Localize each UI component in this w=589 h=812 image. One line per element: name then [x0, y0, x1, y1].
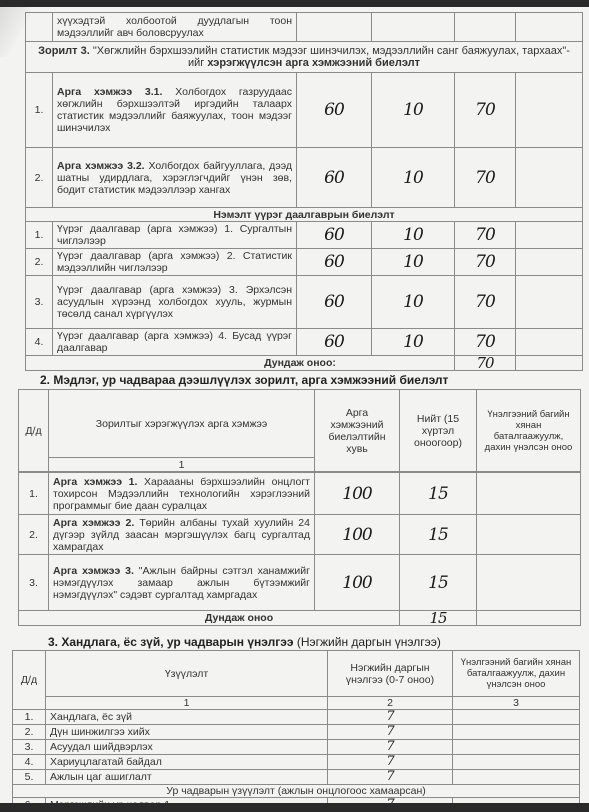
goal3-suffix: хэрэгжүүлсэн арга хэмжээний биелэлт	[207, 57, 420, 69]
average-row: Дундаж оноо 15	[19, 611, 581, 626]
cell-d	[516, 13, 583, 42]
col-header-manager: Нэгжийн даргын үнэлгээ (0-7 оноо)	[328, 651, 453, 697]
header-row: Д/д Үзүүлэлт Нэгжийн даргын үнэлгээ (0-7…	[13, 651, 580, 697]
measure-title: Арга хэмжээ 3.2.	[57, 160, 145, 172]
row-index: 5.	[13, 770, 46, 785]
total-value: 15	[400, 555, 477, 611]
percent-value: 100	[315, 555, 400, 611]
table-row: 2. Үүрэг даалгавар (арга хэмжээ) 2. Стат…	[26, 249, 583, 276]
total-value: 15	[400, 473, 477, 515]
document-page: хүүхэдтэй холбоотой дуудлагын тоон мэдээ…	[0, 7, 589, 803]
goal-header-row: Зорилт 3. "Хөгжлийн бэрхшээлийн статисти…	[26, 42, 583, 73]
score-c: 70	[455, 249, 516, 276]
col-number: 3	[453, 697, 580, 710]
row-text: Арга хэмжээ 3. "Ажлын байрны сэтгэл хана…	[49, 555, 315, 611]
table-row: 4. Хариуцлагатай байдал 7	[13, 755, 580, 770]
attitude-table: Д/д Үзүүлэлт Нэгжийн даргын үнэлгээ (0-7…	[12, 650, 580, 803]
reeval-value	[453, 755, 580, 770]
table-row: хүүхэдтэй холбоотой дуудлагын тоон мэдээ…	[26, 13, 583, 42]
row-text: Хандлага, ёс зүй	[46, 710, 328, 725]
col-header-reeval: Үнэлгээний багийн хянан баталгаажуулж, д…	[477, 390, 581, 472]
section3-title-bold: 3. Хандлага, ёс зүй, ур чадварын үнэлгээ	[48, 635, 294, 649]
table-row: 1. Арга хэмжээ 3.1. Холбогдох газруудаас…	[26, 73, 583, 148]
reeval-value	[477, 473, 581, 515]
row-index: 2.	[19, 515, 49, 555]
row-text: Арга хэмжээ 3.2. Холбогдох байгууллага, …	[53, 148, 297, 208]
table-row: 5. Ажлын цаг ашиглалт 7	[13, 770, 580, 785]
score-c: 70	[455, 73, 516, 148]
col-header-measure: Зорилтыг хэрэгжүүлэх арга хэмжээ	[49, 390, 315, 458]
row-text: Арга хэмжээ 2. Төрийн албаны тухай хуули…	[49, 515, 315, 555]
reeval-value	[477, 555, 581, 611]
score-c: 70	[455, 329, 516, 356]
score-value: 7	[328, 725, 453, 740]
table-row: 2. Дүн шинжилгээ хийх 7	[13, 725, 580, 740]
section3-title: 3. Хандлага, ёс зүй, ур чадварын үнэлгээ…	[48, 635, 441, 649]
measure-title: Арга хэмжээ 3.1.	[57, 86, 162, 98]
row-index: 3.	[19, 555, 49, 611]
score-b: 10	[372, 148, 455, 208]
score-c: 70	[455, 276, 516, 329]
row-index: 3.	[13, 740, 46, 755]
score-b: 10	[372, 276, 455, 329]
table-row: 3. Үүрэг даалгавар (арга хэмжээ) 3. Эрхэ…	[26, 276, 583, 329]
score-d	[516, 249, 583, 276]
average-reeval	[477, 611, 581, 626]
row-index	[26, 13, 53, 42]
score-a: 60	[297, 329, 372, 356]
measure-title: Арга хэмжээ 2.	[53, 517, 134, 529]
knowledge-table: Д/д Зорилтыг хэрэгжүүлэх арга хэмжээ Арг…	[18, 389, 581, 626]
table-row: 4. Үүрэг даалгавар (арга хэмжээ) 4. Буса…	[26, 329, 583, 356]
score-value: 7	[328, 770, 453, 785]
score-d	[516, 329, 583, 356]
score-a: 60	[297, 276, 372, 329]
col-number-row: 1 2 3	[13, 697, 580, 710]
row-text: Ажлын цаг ашиглалт	[46, 770, 328, 785]
table-row: 2. Арга хэмжээ 2. Төрийн албаны тухай ху…	[19, 515, 581, 555]
score-value: 7	[328, 740, 453, 755]
goal3-header: Зорилт 3. "Хөгжлийн бэрхшээлийн статисти…	[26, 42, 583, 73]
reeval-value	[453, 770, 580, 785]
row-text: Үүрэг даалгавар (арга хэмжээ) 3. Эрхэлсэ…	[53, 276, 297, 329]
row-text: Үүрэг даалгавар (арга хэмжээ) 2. Статист…	[53, 249, 297, 276]
table-row: 1. Арга хэмжээ 1. Хараааны бэрхшээлийн о…	[19, 473, 581, 515]
score-a: 60	[297, 222, 372, 249]
section2-title: 2. Мэдлэг, ур чадвараа дээшлүүлэх зорилт…	[40, 373, 448, 387]
col-header-reeval: Үнэлгээний багийн хянан баталгаажуулж, д…	[453, 651, 580, 697]
row-text: Дүн шинжилгээ хийх	[46, 725, 328, 740]
measure-title: Арга хэмжээ 1.	[53, 476, 137, 488]
row-index: 4.	[26, 329, 53, 356]
row-text: хүүхэдтэй холбоотой дуудлагын тоон мэдээ…	[53, 13, 297, 42]
score-d	[516, 222, 583, 249]
average-value: 70	[455, 356, 516, 371]
score-c: 70	[455, 148, 516, 208]
score-value: 7	[328, 755, 453, 770]
row-index: 4.	[13, 755, 46, 770]
score-b: 10	[372, 73, 455, 148]
average-row: Дундаж оноо: 70	[26, 356, 583, 371]
col-number: 1	[46, 697, 328, 710]
average-value: 15	[400, 611, 477, 626]
cell-b	[372, 13, 455, 42]
table-row: 3. Арга хэмжээ 3. "Ажлын байрны сэтгэл х…	[19, 555, 581, 611]
table-row: 1. Хандлага, ёс зүй 7	[13, 710, 580, 725]
score-a: 60	[297, 148, 372, 208]
score-value: 7	[328, 710, 453, 725]
table-row: 1. Үүрэг даалгавар (арга хэмжээ) 1. Сург…	[26, 222, 583, 249]
extra-tasks-header: Нэмэлт үүрэг даалгаврын биелэлт	[26, 208, 583, 222]
table-row: 3. Асуудал шийдвэрлэх 7	[13, 740, 580, 755]
total-value: 15	[400, 515, 477, 555]
row-text: Арга хэмжээ 1. Хараааны бэрхшээлийн онцл…	[49, 473, 315, 515]
row-index: 1.	[19, 473, 49, 515]
col-header-index: Д/д	[19, 390, 49, 472]
row-text: Арга хэмжээ 3.1. Холбогдох газруудаас хө…	[53, 73, 297, 148]
col-header-percent: Арга хэмжээний биелэлтийн хувь	[315, 390, 400, 472]
score-c: 70	[455, 222, 516, 249]
table-row: 2. Арга хэмжээ 3.2. Холбогдох байгууллаг…	[26, 148, 583, 208]
row-index: 1.	[26, 73, 53, 148]
score-b: 10	[372, 249, 455, 276]
extra-header-row: Нэмэлт үүрэг даалгаврын биелэлт	[26, 208, 583, 222]
score-d	[516, 73, 583, 148]
goal3-label: Зорилт 3.	[38, 45, 90, 57]
measure-title: Арга хэмжээ 3.	[53, 565, 134, 577]
score-a: 60	[297, 249, 372, 276]
header-row: Д/д Зорилтыг хэрэгжүүлэх арга хэмжээ Арг…	[19, 390, 581, 458]
row-text: Асуудал шийдвэрлэх	[46, 740, 328, 755]
score-d	[516, 148, 583, 208]
score-a: 60	[297, 73, 372, 148]
row-text: Хариуцлагатай байдал	[46, 755, 328, 770]
cell-c	[455, 13, 516, 42]
average-label: Дундаж оноо	[19, 611, 400, 626]
screen-bottom-bar	[0, 803, 589, 812]
average-reeval	[516, 356, 583, 371]
score-d	[516, 276, 583, 329]
row-index: 3.	[26, 276, 53, 329]
skills-subheader: Ур чадварын үзүүлэлт (ажлын онцлогоос ха…	[13, 785, 580, 798]
row-text: Үүрэг даалгавар (арга хэмжээ) 1. Сургалт…	[53, 222, 297, 249]
percent-value: 100	[315, 515, 400, 555]
section3-title-note: (Нэгжийн даргын үнэлгээ)	[294, 635, 441, 649]
row-index: 2.	[26, 249, 53, 276]
reeval-value	[477, 515, 581, 555]
row-index: 2.	[13, 725, 46, 740]
col-number: 1	[49, 458, 315, 472]
col-header-indicator: Үзүүлэлт	[46, 651, 328, 697]
row-index: 2.	[26, 148, 53, 208]
col-number: 2	[328, 697, 453, 710]
row-text: Үүрэг даалгавар (арга хэмжээ) 4. Бусад ү…	[53, 329, 297, 356]
percent-value: 100	[315, 473, 400, 515]
score-b: 10	[372, 329, 455, 356]
reeval-value	[453, 740, 580, 755]
score-b: 10	[372, 222, 455, 249]
col-header-total: Нийт (15 хүртэл оноогоор)	[400, 390, 477, 472]
col-header-index: Д/д	[13, 651, 46, 710]
subheader-row: Ур чадварын үзүүлэлт (ажлын онцлогоос ха…	[13, 785, 580, 798]
row-index: 1.	[13, 710, 46, 725]
average-label: Дундаж оноо:	[26, 356, 455, 371]
row-index: 1.	[26, 222, 53, 249]
goal-table: хүүхэдтэй холбоотой дуудлагын тоон мэдээ…	[25, 12, 583, 371]
cell-a	[297, 13, 372, 42]
reeval-value	[453, 710, 580, 725]
reeval-value	[453, 725, 580, 740]
